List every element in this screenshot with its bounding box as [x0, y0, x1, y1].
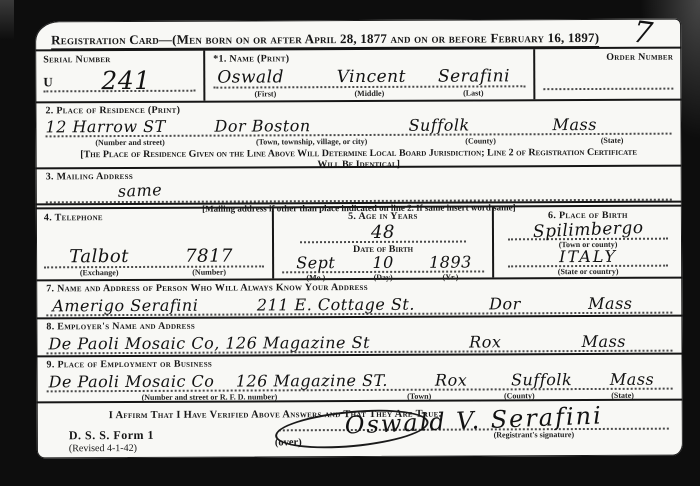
dob-day-value: 10 [349, 255, 416, 271]
scan-background-glow-left [0, 0, 14, 40]
employer-label: 8. Employer's Name and Address [46, 319, 672, 334]
employer-section: 8. Employer's Name and Address De Paoli … [36, 317, 682, 358]
telephone-age-birth-row: 4. Telephone Talbot 7817 (Exchange) (Num… [36, 207, 682, 282]
residence-line: 12 Harrow ST Dor Boston Suffolk Mass [45, 117, 671, 138]
name-sub-middle: (Middle) [317, 89, 421, 98]
residence-sub-town: (Town, township, village, or city) [215, 137, 409, 147]
employment-sub-street: (Number and street or R. F. D. number) [47, 392, 373, 402]
name-sub-last: (Last) [421, 88, 525, 97]
employment-sub-county: (County) [466, 391, 572, 400]
employer-town-value: Rox [435, 334, 535, 350]
order-number-label: Order Number [543, 52, 673, 65]
name-middle-value: Vincent [320, 69, 423, 86]
birth-sub-country: (State or country) [502, 267, 674, 277]
residence-sub-state: (State) [553, 136, 672, 146]
serial-prefix: U [43, 74, 56, 90]
employment-company-value: De Paoli Mosaic Co [47, 374, 236, 391]
telephone-sub-number: (Number) [154, 267, 264, 276]
employer-state-value: Mass [535, 334, 672, 351]
employer-line: De Paoli Mosaic Co, 126 Magazine St Rox … [46, 334, 672, 355]
telephone-line: Talbot 7817 [44, 247, 264, 268]
contact-state-value: Mass [548, 296, 672, 313]
handwritten-page-number: 7 [632, 18, 655, 50]
name-last-value: Serafini [423, 68, 526, 85]
residence-section: 2. Place of Residence (Print) 12 Harrow … [35, 101, 681, 170]
employment-section: 9. Place of Employment or Business De Pa… [37, 355, 683, 404]
serial-number-value: 241 [57, 68, 196, 94]
contact-street-value: 211 E. Cottage St. [257, 297, 462, 314]
telephone-label: 4. Telephone [44, 211, 264, 224]
signature-block: Oswald V. Serafini (Registrant's signatu… [279, 408, 669, 441]
contact-town-value: Dor [461, 296, 548, 312]
dob-month-value: Sept [282, 255, 349, 271]
registration-card-scan: Registration Card—(Men born on or after … [35, 19, 683, 459]
telephone-sub-exchange: (Exchange) [44, 268, 154, 277]
serial-number-label: Serial Number [43, 54, 195, 67]
contact-section: 7. Name and Address of Person Who Will A… [36, 279, 682, 320]
name-first-value: Oswald [213, 69, 320, 86]
residence-state-value: Mass [553, 117, 672, 134]
name-sub-first: (First) [213, 89, 317, 98]
residence-town-value: Dor Boston [214, 118, 408, 135]
employment-street-value: 126 Magazine ST. [236, 373, 411, 390]
employment-label: 9. Place of Employment or Business [47, 357, 673, 372]
serial-number-box: Serial Number U 241 [35, 51, 203, 102]
telephone-box: 4. Telephone Talbot 7817 (Exchange) (Num… [36, 208, 272, 279]
serial-name-order-row: Serial Number U 241 *1. Name (Print) Osw… [35, 49, 681, 104]
contact-label: 7. Name and Address of Person Who Will A… [46, 281, 672, 296]
name-label: *1. Name (Print) [213, 52, 525, 65]
birth-town-value: Spilimbergo [532, 220, 643, 241]
birth-box: 6. Place of Birth Spilimbergo (Town or c… [494, 207, 682, 278]
employment-line: De Paoli Mosaic Co 126 Magazine ST. Rox … [47, 372, 673, 393]
form-identifier: D. S. S. Form 1 (Revised 4-1-42) [69, 428, 154, 454]
name-line: Oswald Vincent Serafini [213, 68, 525, 88]
mailing-section: 3. Mailing Address same [Mailing address… [36, 167, 682, 210]
age-box: 5. Age in Years 48 Date of Birth Sept 10… [272, 207, 494, 278]
card-title-row: Registration Card—(Men born on or after … [35, 19, 681, 52]
telephone-exchange-value: Talbot [44, 248, 154, 266]
employment-town-value: Rox [411, 372, 492, 388]
employment-sub-state: (State) [572, 391, 672, 400]
residence-sub-county: (County) [409, 136, 553, 146]
employment-sub-town: (Town) [372, 392, 466, 401]
telephone-number-value: 7817 [154, 247, 264, 265]
mailing-line: same [46, 181, 672, 204]
residence-street-value: 12 Harrow ST [45, 119, 214, 136]
residence-sub-street: (Number and street) [46, 138, 215, 148]
date-of-birth-line: Sept 10 1893 [282, 254, 484, 273]
mailing-value: same [117, 182, 162, 200]
employment-county-value: Suffolk [492, 372, 592, 388]
contact-line: Amerigo Serafini 211 E. Cottage St. Dor … [46, 296, 672, 317]
card-footer: D. S. S. Form 1 (Revised 4-1-42) (over) … [37, 416, 683, 463]
residence-sublabels: (Number and street) (Town, township, vil… [46, 136, 672, 148]
dob-year-value: 1893 [417, 254, 484, 270]
name-sublabels: (First) (Middle) (Last) [213, 88, 525, 98]
age-value: 48 [371, 224, 395, 242]
order-number-line [543, 88, 673, 91]
telephone-sublabels: (Exchange) (Number) [44, 267, 264, 277]
form-revision: (Revised 4-1-42) [69, 443, 154, 454]
birth-country-value: ITALY [559, 249, 617, 265]
serial-number-line: U 241 [43, 68, 195, 93]
contact-name-value: Amerigo Serafini [46, 297, 257, 314]
order-number-box: Order Number [535, 49, 681, 100]
employer-name-street-value: De Paoli Mosaic Co, 126 Magazine St [46, 335, 435, 353]
card-title: Registration Card—(Men born on or after … [51, 30, 599, 50]
employment-state-value: Mass [591, 372, 672, 388]
form-number: D. S. S. Form 1 [69, 428, 154, 443]
name-box: *1. Name (Print) Oswald Vincent Serafini… [203, 49, 535, 100]
residence-county-value: Suffolk [409, 117, 553, 134]
